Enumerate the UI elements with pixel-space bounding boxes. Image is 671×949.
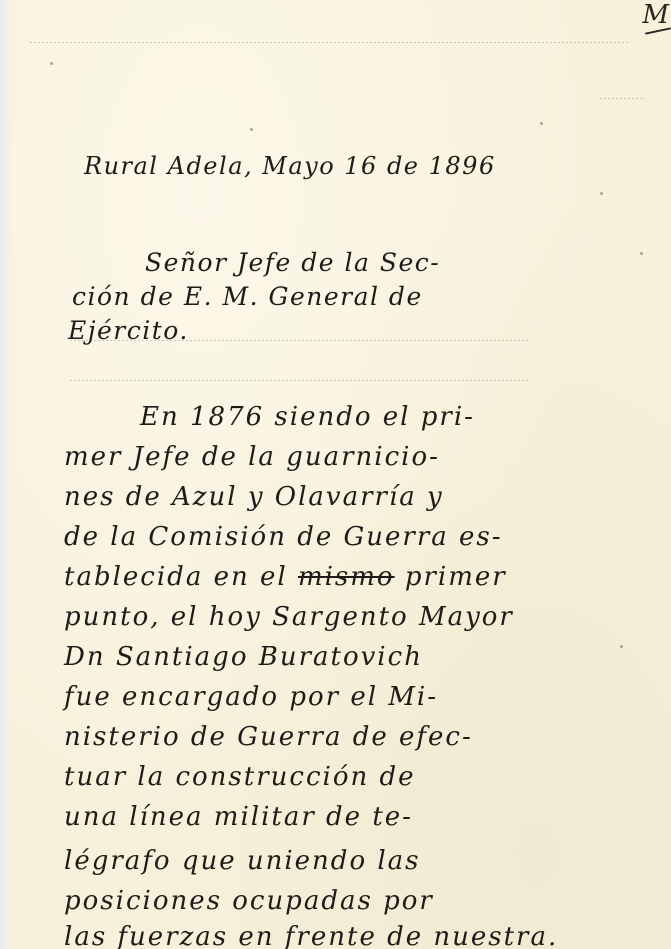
salutation-line: Ejército. — [68, 316, 189, 345]
body-line: punto, el hoy Sargento Mayor — [64, 602, 514, 632]
body-line: mer Jefe de la guarnicio- — [64, 442, 440, 472]
body-line: tablecida en el mismo primer — [64, 562, 507, 592]
paper-speck — [600, 192, 603, 195]
faint-ruled-line — [30, 42, 630, 43]
paper-speck — [620, 645, 623, 648]
body-line: tuar la construcción de — [64, 762, 416, 792]
body-line: nes de Azul y Olavarría y — [64, 482, 444, 512]
salutation-line: ción de E. M. General de — [72, 282, 423, 311]
paper-speck — [640, 252, 643, 255]
dateline: Rural Adela, Mayo 16 de 1896 — [84, 152, 496, 180]
body-line: nisterio de Guerra de efec- — [64, 722, 473, 752]
body-line: légrafo que uniendo las — [64, 846, 421, 876]
faint-ruled-line — [70, 380, 530, 381]
inserted-word: primer — [405, 562, 507, 592]
page-mark: M — [642, 2, 669, 28]
body-line: una línea militar de te- — [64, 802, 413, 832]
body-text: tablecida en el — [64, 562, 288, 592]
struck-word: mismo — [298, 562, 395, 592]
body-line: fue encargado por el Mi- — [64, 682, 438, 712]
paper-speck — [250, 128, 253, 131]
paper-speck — [50, 62, 53, 65]
salutation-line: Señor Jefe de la Sec- — [145, 248, 440, 277]
body-line: En 1876 siendo el pri- — [140, 402, 475, 432]
body-line: Dn Santiago Buratovich — [64, 642, 423, 672]
body-line: posiciones ocupadas por — [64, 886, 434, 916]
manuscript-page: M Rural Adela, Mayo 16 de 1896 Señor Jef… — [0, 0, 671, 949]
scan-left-edge — [0, 0, 10, 949]
faint-ruled-line — [600, 98, 645, 99]
body-line: de la Comisión de Guerra es- — [64, 522, 503, 552]
body-line: las fuerzas en frente de nuestra. — [64, 922, 558, 949]
paper-speck — [540, 122, 543, 125]
